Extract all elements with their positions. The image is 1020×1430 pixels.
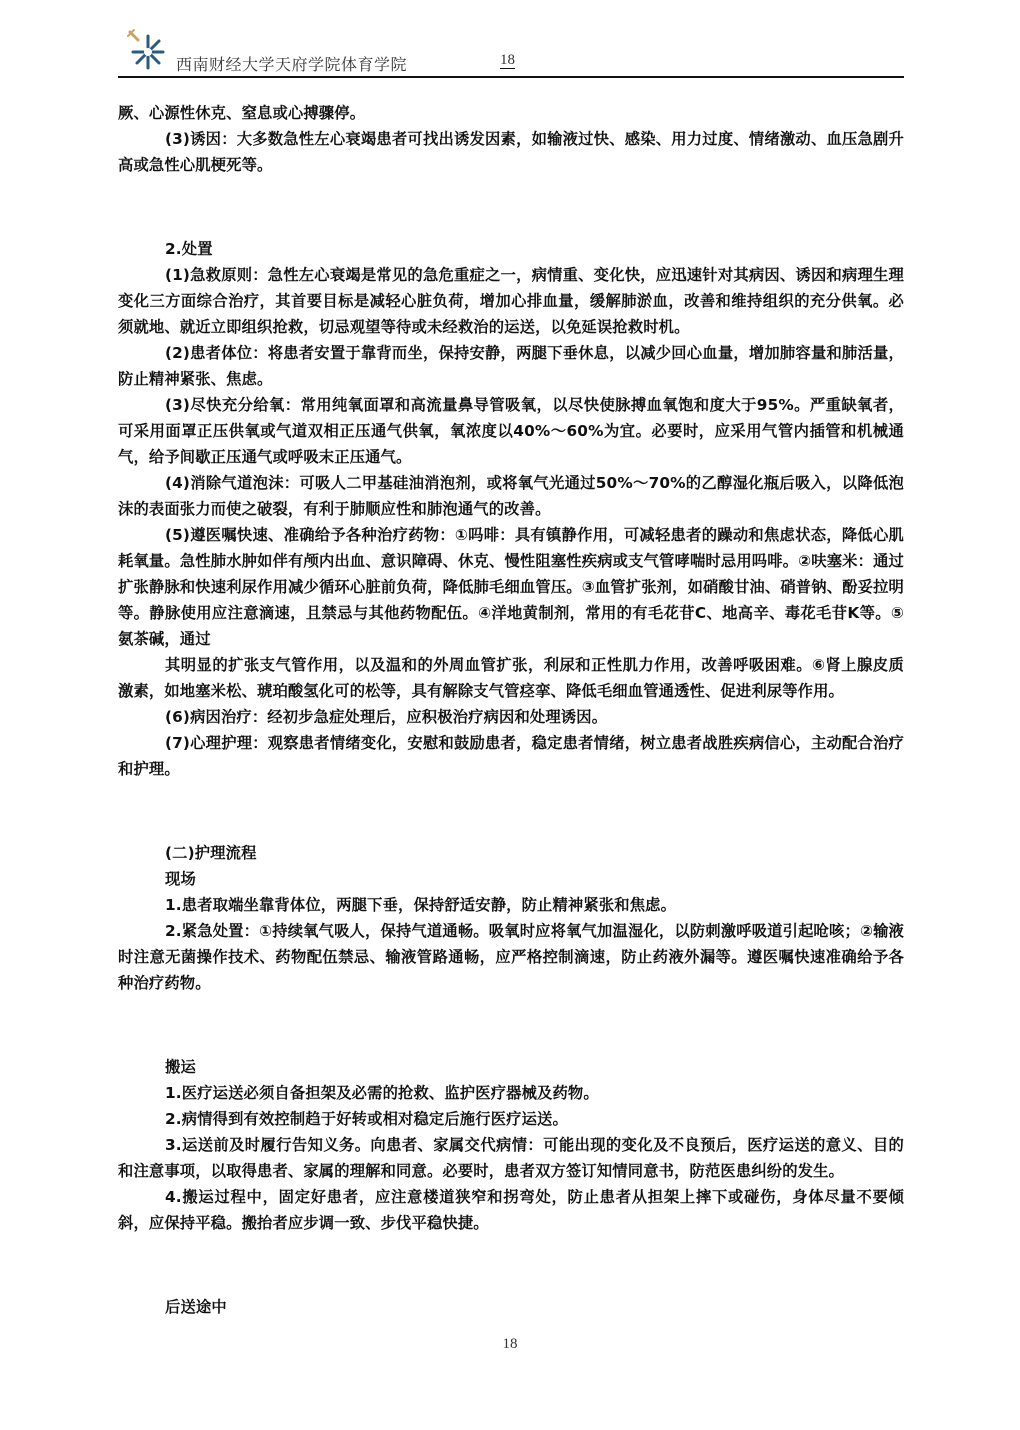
paragraph: (1)急救原则：急性左心衰竭是常见的急危重症之一，病情重、变化快，应迅速针对其病… xyxy=(118,262,904,340)
paragraph: 2.处置 xyxy=(118,236,904,262)
institution-name: 西南财经大学天府学院体育学院 xyxy=(176,52,407,75)
header-page-number: 18 xyxy=(500,52,515,69)
page-header: 西南财经大学天府学院体育学院 18 xyxy=(118,22,904,78)
paragraph: 厥、心源性休克、窒息或心搏骤停。 xyxy=(118,100,904,126)
paragraph: 现场 xyxy=(118,866,904,892)
paragraph: 搬运 xyxy=(118,1054,904,1080)
paragraph: 4.搬运过程中，固定好患者，应注意楼道狭窄和拐弯处，防止患者从担架上摔下或碰伤，… xyxy=(118,1184,904,1236)
paragraph: (二)护理流程 xyxy=(118,840,904,866)
header-divider xyxy=(118,76,904,78)
paragraph-spacer xyxy=(118,798,904,824)
paragraph: (5)遵医嘱快速、准确给予各种治疗药物：①吗啡：具有镇静作用，可减轻患者的躁动和… xyxy=(118,522,904,652)
footer-page-number: 18 xyxy=(0,1336,1020,1353)
paragraph: 后送途中 xyxy=(118,1294,904,1320)
paragraph: (2)患者体位：将患者安置于靠背而坐，保持安静，两腿下垂休息，以减少回心血量，增… xyxy=(118,340,904,392)
paragraph: 2.病情得到有效控制趋于好转或相对稳定后施行医疗运送。 xyxy=(118,1106,904,1132)
paragraph-spacer xyxy=(118,1012,904,1038)
paragraph: (3)尽快充分给氧：常用纯氧面罩和高流量鼻导管吸氧，以尽快使脉搏血氧饱和度大于9… xyxy=(118,392,904,470)
paragraph: (6)病因治疗：经初步急症处理后，应积极治疗病因和处理诱因。 xyxy=(118,704,904,730)
paragraph: 2.紧急处置：①持续氧气吸人，保持气道通畅。吸氧时应将氧气加温湿化，以防刺激呼吸… xyxy=(118,918,904,996)
paragraph: (4)消除气道泡沫：可吸人二甲基硅油消泡剂，或将氧气光通过50%～70%的乙醇湿… xyxy=(118,470,904,522)
paragraph-spacer xyxy=(118,194,904,220)
university-logo-icon xyxy=(124,28,168,72)
document-body: 厥、心源性休克、窒息或心搏骤停。(3)诱因：大多数急性左心衰竭患者可找出诱发因素… xyxy=(118,100,904,1320)
paragraph: (3)诱因：大多数急性左心衰竭患者可找出诱发因素，如输液过快、感染、用力过度、情… xyxy=(118,126,904,178)
paragraph-spacer xyxy=(118,1252,904,1278)
paragraph: 其明显的扩张支气管作用，以及温和的外周血管扩张，利尿和正性肌力作用，改善呼吸困难… xyxy=(118,652,904,704)
paragraph: 3.运送前及时履行告知义务。向患者、家属交代病情：可能出现的变化及不良预后，医疗… xyxy=(118,1132,904,1184)
paragraph: (7)心理护理：观察患者情绪变化，安慰和鼓励患者，稳定患者情绪，树立患者战胜疾病… xyxy=(118,730,904,782)
paragraph: 1.患者取端坐靠背体位，两腿下垂，保持舒适安静，防止精神紧张和焦虑。 xyxy=(118,892,904,918)
paragraph: 1.医疗运送必须自备担架及必需的抢救、监护医疗器械及药物。 xyxy=(118,1080,904,1106)
